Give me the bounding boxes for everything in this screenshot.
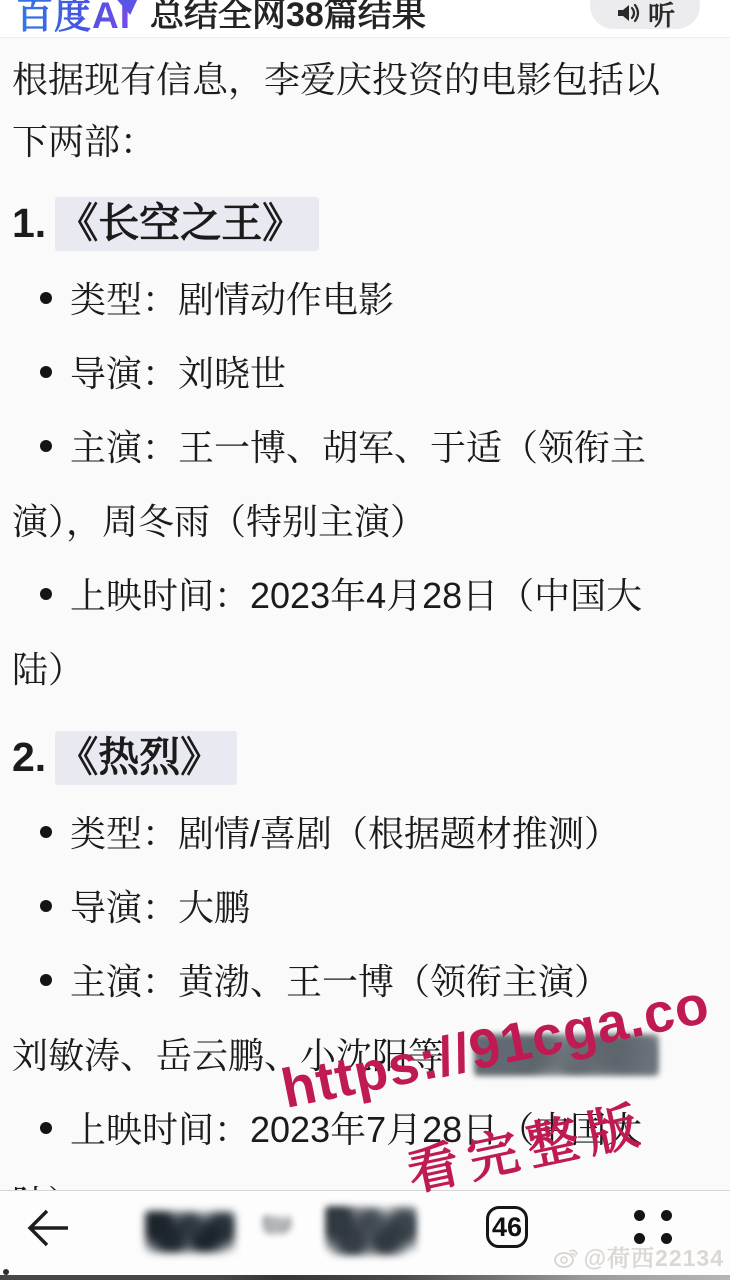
- bullet-dot: [40, 974, 52, 986]
- movie-number: 1.: [12, 200, 46, 246]
- browser-navbar: 46 @荷西22134: [0, 1190, 730, 1280]
- detail-line: 类型：剧情/喜剧（根据题材推测）: [12, 797, 718, 871]
- logo-triangle-icon: [117, 0, 141, 16]
- blurred-mark: [262, 1215, 292, 1235]
- movie-heading: 1.《长空之王》: [12, 197, 718, 249]
- movie-title-highlighted: 《热烈》: [55, 731, 237, 785]
- intro-line: 下两部：: [12, 111, 718, 173]
- weibo-icon: [553, 1245, 579, 1269]
- bullet-dot: [40, 440, 52, 452]
- intro-paragraph: 根据现有信息，李爱庆投资的电影包括以下两部：: [12, 49, 718, 173]
- header-bar: 百度AI 总结全网38篇结果 听: [0, 0, 730, 38]
- bullet-dot: [40, 292, 52, 304]
- detail-line: 导演：大鹏: [12, 871, 718, 945]
- credit-text: @荷西22134: [584, 1240, 724, 1273]
- tab-count-button[interactable]: 46: [486, 1206, 528, 1248]
- bullet-dot: [40, 588, 52, 600]
- speaker-icon: [615, 0, 641, 26]
- movie-detail-list: 类型：剧情动作电影导演：刘晓世主演：王一博、胡军、于适（领衔主演），周冬雨（特别…: [12, 263, 718, 707]
- bullet-dot: [40, 1122, 52, 1134]
- menu-dot: [634, 1210, 645, 1221]
- menu-dot: [661, 1210, 672, 1221]
- detail-line: 导演：刘晓世: [12, 337, 718, 411]
- movie-heading: 2.《热烈》: [12, 731, 718, 783]
- summary-title: 总结全网38篇结果: [150, 0, 426, 36]
- baidu-ai-logo: 百度AI: [16, 0, 131, 38]
- credit-watermark: @荷西22134: [553, 1240, 724, 1273]
- blurred-nav-item-1[interactable]: [145, 1211, 235, 1253]
- bullet-dot: [40, 366, 52, 378]
- blurred-nav-item-2[interactable]: [325, 1206, 417, 1256]
- movie-number: 2.: [12, 734, 46, 780]
- screenshot-bottom-edge: [0, 1275, 730, 1280]
- movie-title-highlighted: 《长空之王》: [55, 197, 319, 251]
- detail-line: 主演：王一博、胡军、于适（领衔主: [12, 411, 718, 485]
- screen: 百度AI 总结全网38篇结果 听 根据现有信息，李爱庆投资的电影包括以下两部： …: [0, 0, 730, 1280]
- listen-label: 听: [648, 0, 675, 33]
- listen-button[interactable]: 听: [590, 0, 700, 29]
- detail-line-continuation: 陆）: [12, 633, 718, 707]
- detail-line: 类型：剧情动作电影: [12, 263, 718, 337]
- detail-line-continuation: 演），周冬雨（特别主演）: [12, 485, 718, 559]
- detail-line: 上映时间：2023年4月28日（中国大: [12, 559, 718, 633]
- back-button[interactable]: [24, 1205, 72, 1251]
- bullet-dot: [40, 826, 52, 838]
- back-arrow-icon: [24, 1205, 72, 1251]
- intro-line: 根据现有信息，李爱庆投资的电影包括以: [12, 49, 718, 111]
- bullet-dot: [40, 900, 52, 912]
